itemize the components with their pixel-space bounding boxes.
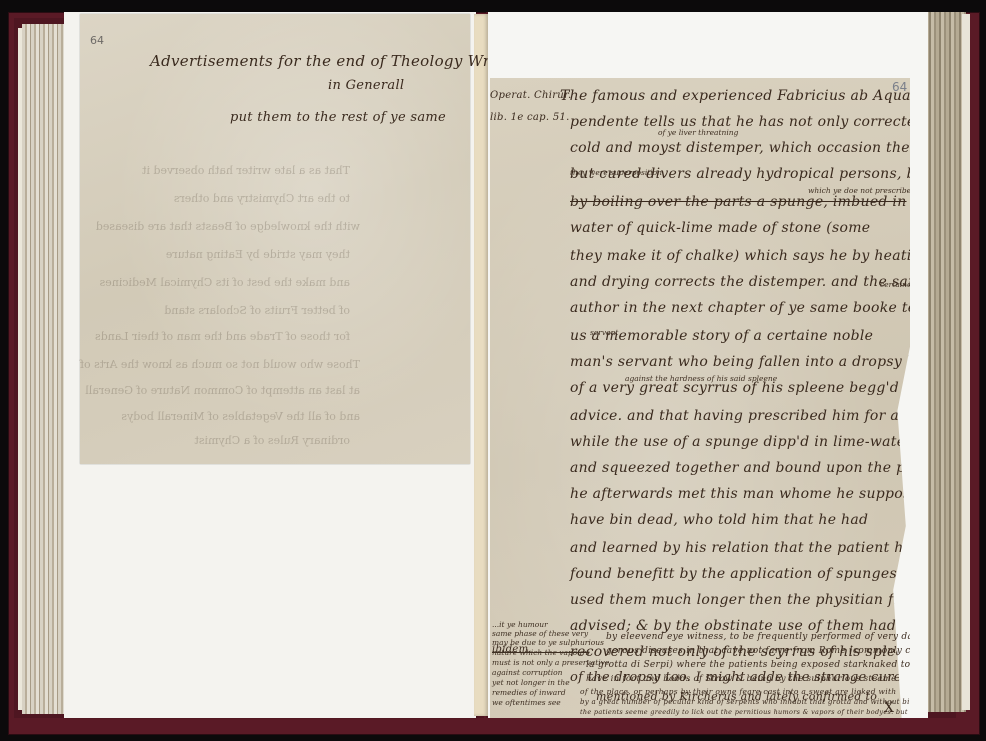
faded-line: at last an attempt of Common Nature of G… [85, 384, 360, 397]
faded-line: That as a late writer hath observed it [142, 164, 350, 177]
text-line: by a great number of peculiar kind of se… [580, 698, 910, 706]
margin-note: yet not longer in the [492, 678, 570, 687]
text-line: while the use of a spunge dipp'd in lime… [570, 434, 912, 450]
faded-line: for those of Trade and the man of their … [95, 330, 350, 343]
text-line: they make it of chalke) which says he by… [570, 248, 930, 264]
text-line: and drying corrects the distemper. and t… [570, 274, 930, 290]
show-through-text: That as a late writer hath observed it t… [80, 14, 470, 464]
text-line: advice. and that having prescribed him f… [570, 408, 899, 424]
margin-note: may be due to ye sulphurious [492, 638, 604, 647]
faded-line: they may stride by Eating nature [166, 248, 350, 261]
faded-line: and make the best of its Chymical Medici… [100, 276, 350, 289]
text-line: gerous diseases in that cave not farre f… [606, 646, 910, 656]
margin-note: ...it ye humour [492, 620, 548, 629]
flyleaf-right [962, 14, 970, 710]
faded-line: of better Fruits of Scholars stand [164, 304, 350, 317]
text-line-struck: by boiling over the parts a spunge, imbu… [570, 194, 907, 210]
text-line: and learned by his relation that the pat… [570, 540, 944, 556]
text-line: The famous and experienced Fabricius ab … [560, 88, 916, 104]
page-stack-right [926, 12, 966, 712]
text-line: the patients seeme greedily to lick out … [580, 708, 908, 716]
margin-note: must is not only a preservative [492, 658, 609, 667]
margin-note: we oftentimes see [492, 698, 561, 707]
text-line: pendente tells us that he has not only c… [570, 114, 946, 130]
faded-line: and of all the Vegetables of Minerall bo… [121, 410, 360, 423]
text-line: he afterwards met this man whome he supp… [570, 486, 948, 502]
margin-note: against corruption [492, 668, 563, 677]
margin-note-reference-2: lib. 1e cap. 51. [490, 112, 570, 123]
margin-note: remedies of inward [492, 688, 566, 697]
text-line: cold and moyst distemper, which occasion… [570, 140, 970, 156]
margin-note: same phase of these very [492, 629, 588, 638]
text-line: us a memorable story of a certaine noble [570, 328, 873, 344]
faded-line: to the art Chymistry and others [174, 192, 350, 205]
text-line: used them much longer then the physitian… [570, 592, 919, 608]
bottom-dense-text: by eleevend eye witness, to be frequentl… [490, 620, 910, 718]
text-line: have in foot and bodds of Straw & being … [586, 674, 896, 684]
end-mark: X [884, 700, 894, 716]
text-line: and squeezed together and bound upon the… [570, 460, 932, 476]
faded-line: Those who would not so much as know the … [80, 358, 360, 371]
manuscript-leaf-left: 64 Advertisements for the end of Theolog… [80, 14, 470, 464]
text-line: of the place, or perhaps by their owne f… [580, 687, 896, 696]
text-line: found benefitt by the application of spu… [570, 566, 929, 582]
faded-line: with the knowledge of Beasts that are di… [96, 220, 360, 233]
text-line: water of quick-lime made of stone (some [570, 220, 870, 236]
text-line: la grotta di Serpi) where the patients b… [586, 660, 910, 670]
text-line: of a very great scyrrus of his spleene b… [570, 380, 925, 396]
text-line: by eleevend eye witness, to be frequentl… [606, 632, 910, 642]
text-line: have bin dead, who told him that he had [570, 512, 868, 528]
text-line: but cured divers already hydropical pers… [570, 166, 953, 182]
gutter [474, 14, 488, 716]
text-line: author in the next chapter of ye same bo… [570, 300, 933, 316]
faded-line: ordinary Rules of a Chymist [194, 434, 350, 447]
margin-note: nature which the vapours [492, 648, 590, 657]
